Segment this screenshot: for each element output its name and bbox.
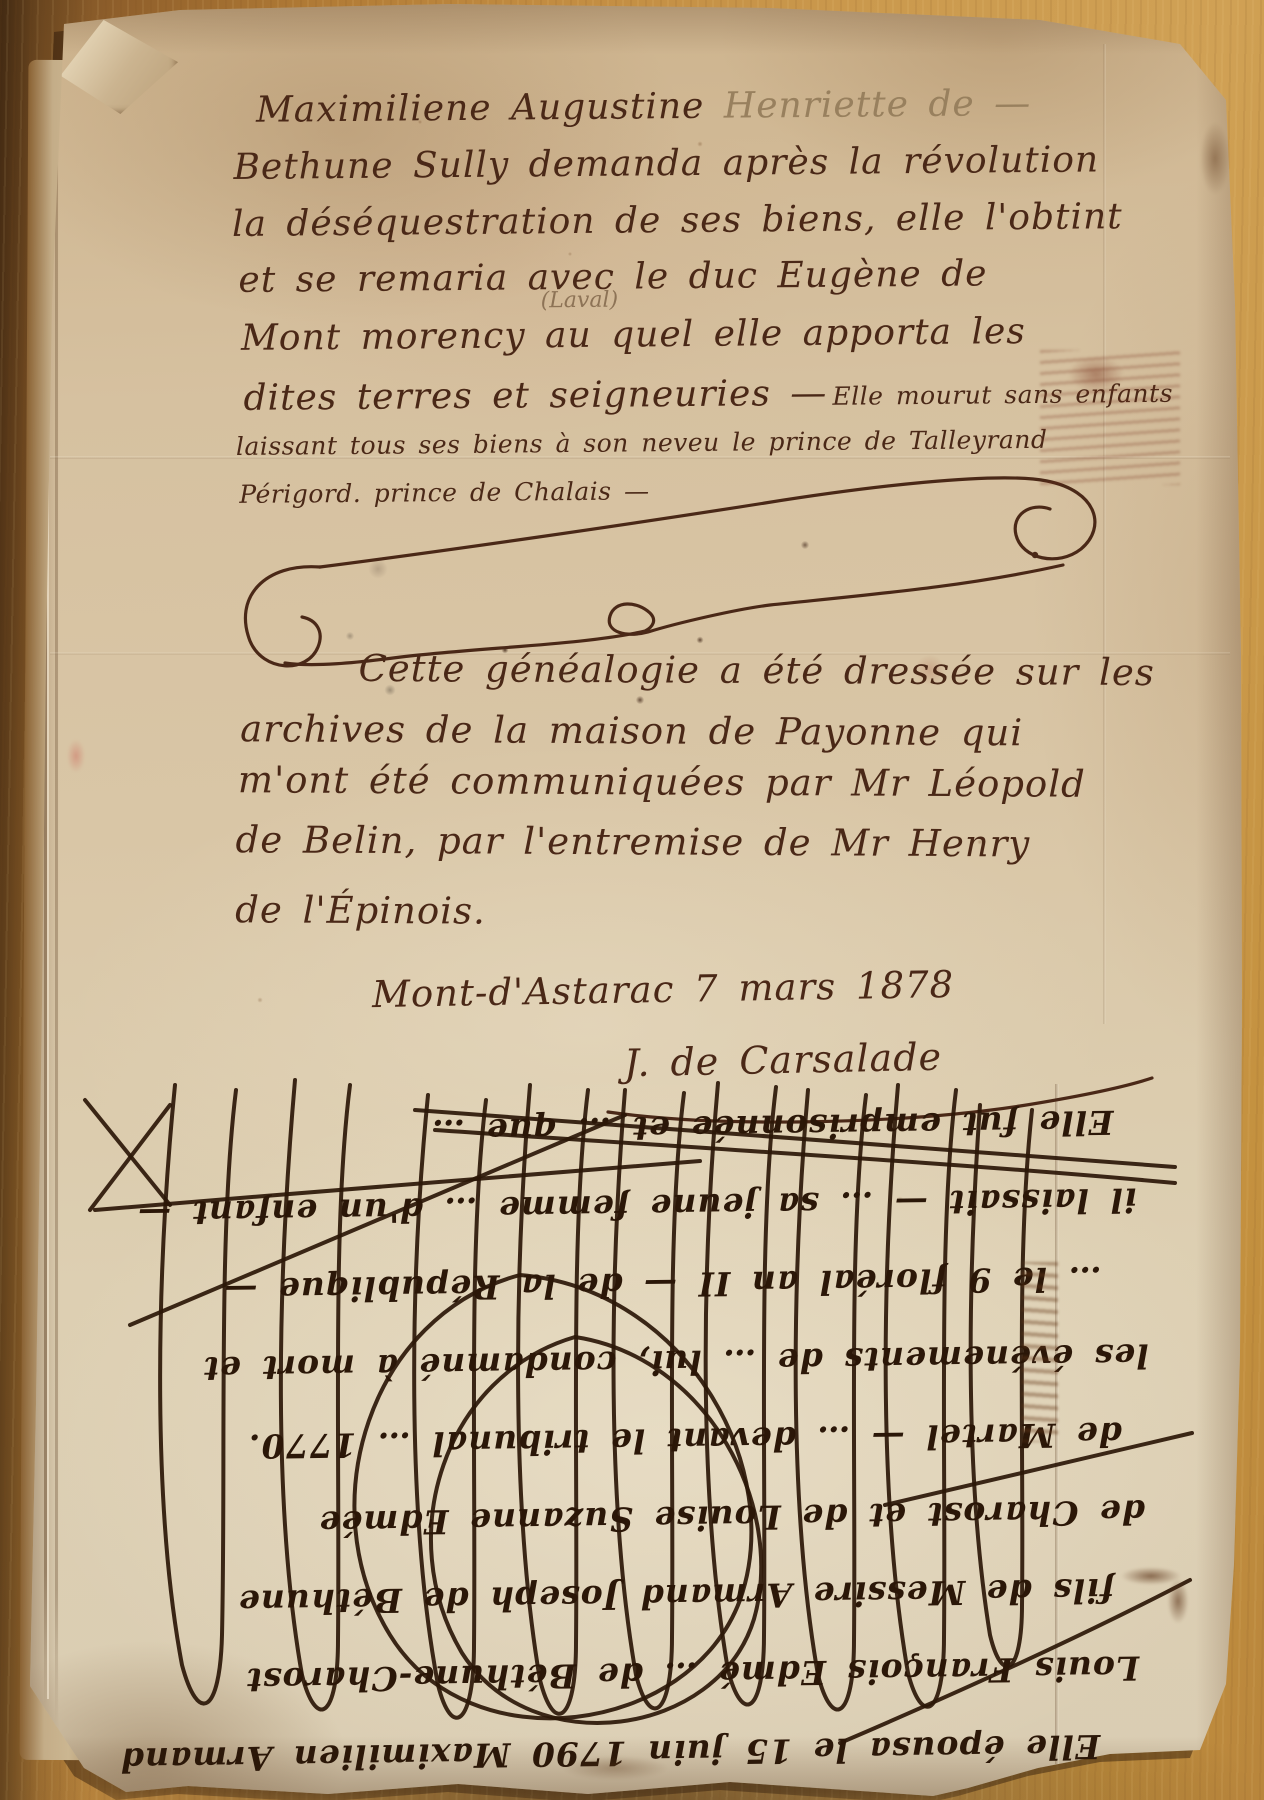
interline-insertion: (Laval)	[541, 288, 619, 314]
manuscript-line: (Laval)Mont morency au quel elle apporta…	[241, 311, 1026, 359]
manuscript-line: m'ont été communiquées par Mr Léopold	[238, 758, 1086, 805]
line-text-small: Elle mourut sans enfants	[832, 379, 1173, 411]
photo-of-manuscript: { "manuscript": { "ink_color": "#4a2817"…	[0, 0, 1264, 1800]
manuscript-line: de l'Épinois.	[235, 888, 486, 932]
manuscript-line: Bethune Sully demanda après la révolutio…	[233, 139, 1099, 188]
manuscript-line: Maximiliene Augustine Henriette de —	[256, 83, 1032, 131]
manuscript-line: la déséquestration de ses biens, elle l'…	[232, 196, 1123, 245]
manuscript-line: dites terres et seigneuries — Elle mouru…	[243, 370, 1173, 419]
faded-line-text: Henriette de —	[724, 83, 1032, 127]
line-text: Maximiliene Augustine	[256, 86, 705, 131]
manuscript-line: archives de la maison de Payonne qui	[240, 707, 1023, 754]
line-text: Mont morency au quel elle apporta les	[241, 311, 1026, 359]
manuscript-line: de Belin, par l'entremise de Mr Henry	[235, 818, 1030, 865]
line-text: dites terres et seigneuries —	[243, 373, 827, 419]
manuscript-line: Cette généalogie a été dressée sur les	[358, 647, 1154, 694]
top-left-corner-fold	[58, 18, 178, 114]
cancellation-strokes	[40, 1075, 1210, 1795]
